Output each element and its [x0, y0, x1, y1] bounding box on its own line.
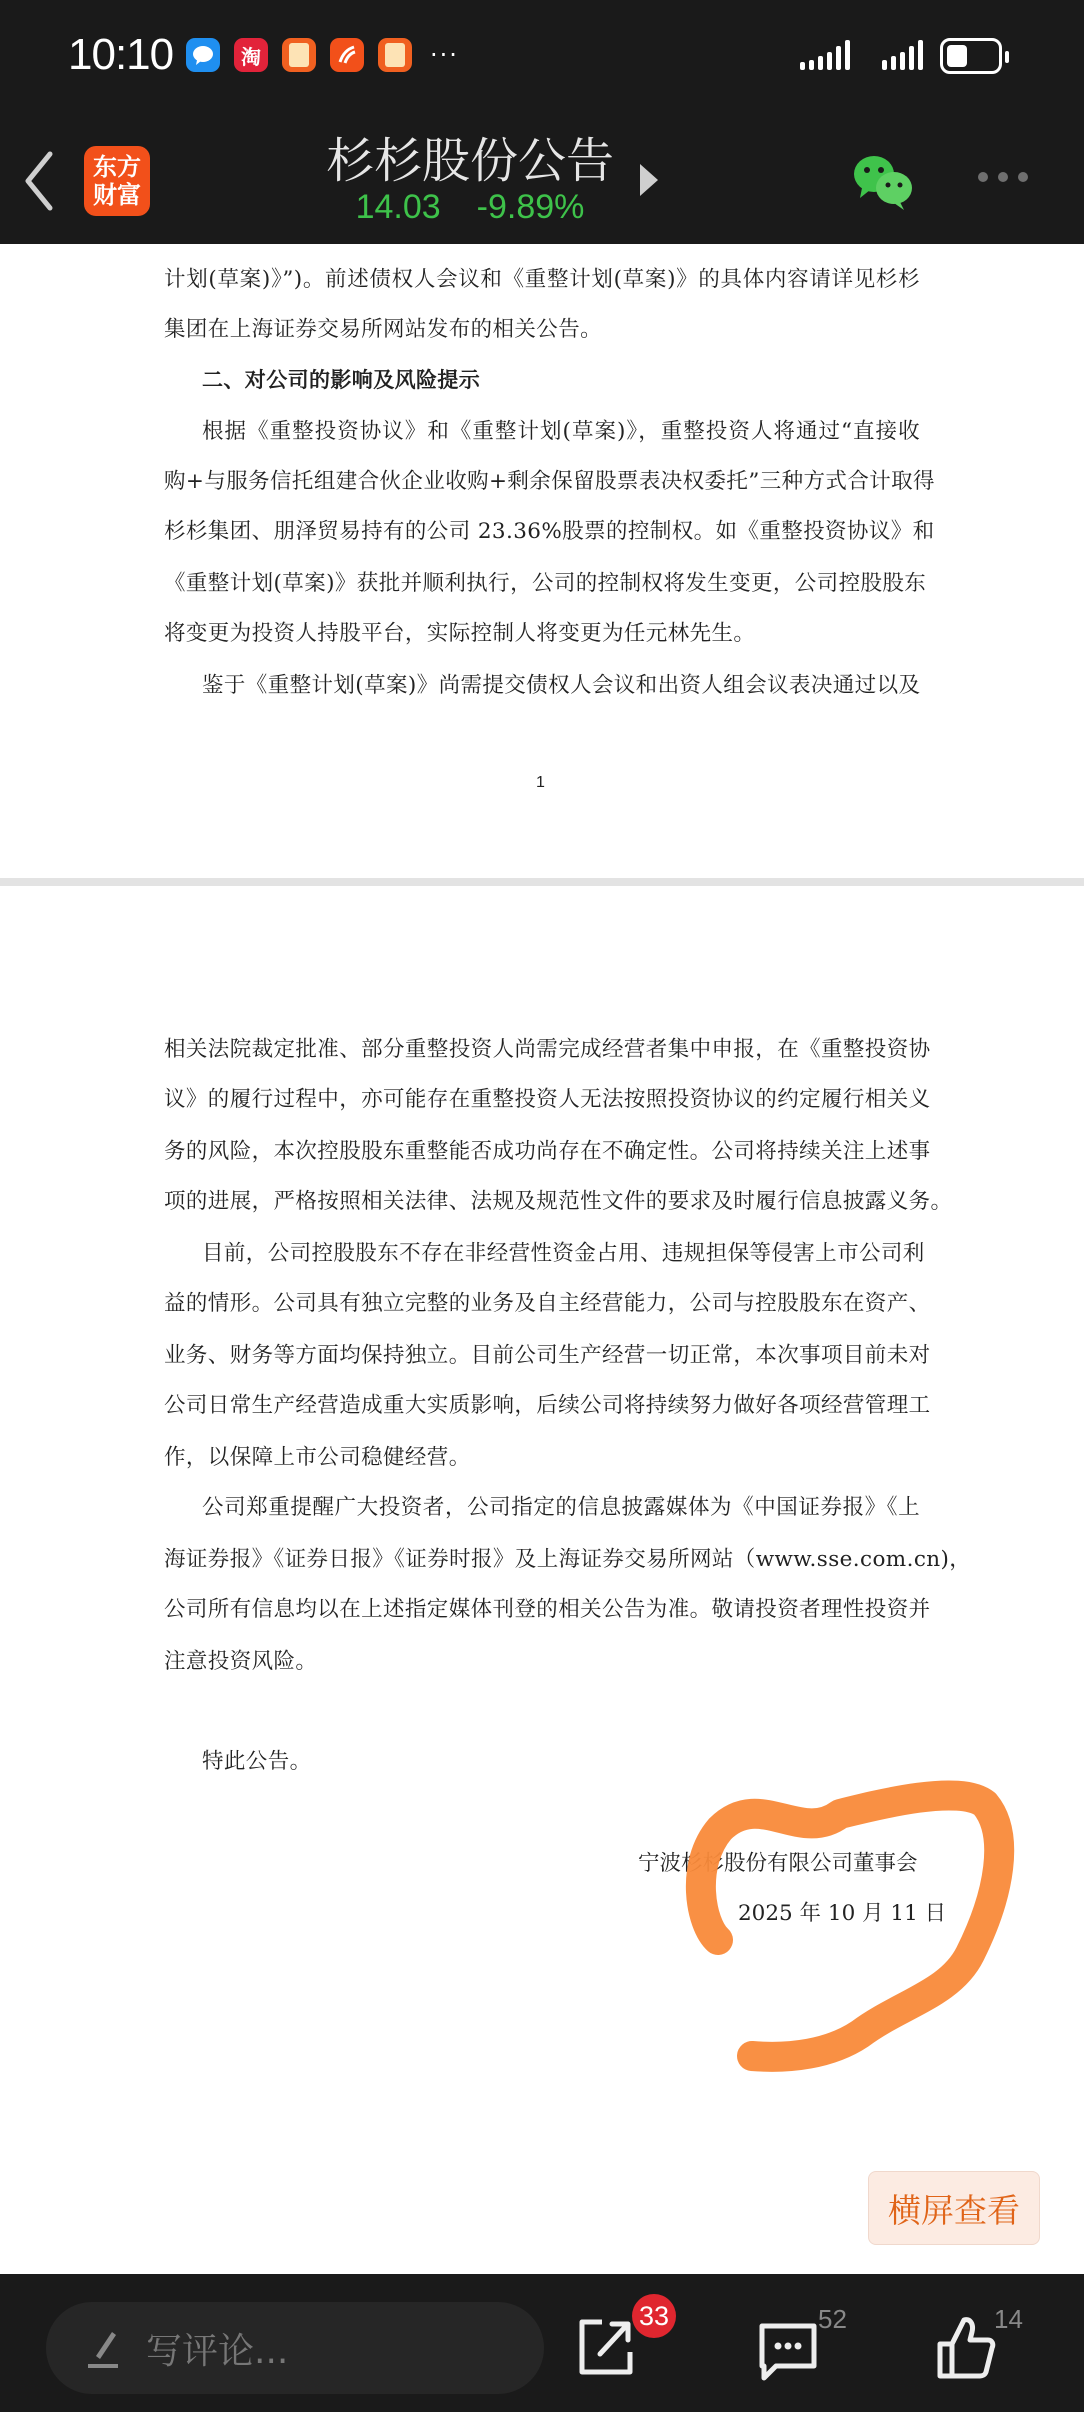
doc-line: 海证券报》《证券日报》《证券时报》及上海证券交易所网站（www.sse.com.…: [164, 1542, 920, 1573]
doc-line: 务的风险，本次控股股东重整能否成功尚存在不确定性。公司将持续关注上述事: [164, 1134, 920, 1165]
doc-line: 作，以保障上市公司稳健经营。: [164, 1440, 920, 1471]
stock-change-pct: -9.89%: [477, 188, 585, 227]
message-icon: [186, 38, 220, 72]
wechat-icon: [850, 152, 916, 212]
page-divider: [0, 878, 1084, 886]
doc-line: 业务、财务等方面均保持独立。目前公司生产经营一切正常，本次事项目前未对: [164, 1338, 920, 1369]
status-time: 10:10: [68, 30, 173, 80]
section-heading: 二、对公司的影响及风险提示: [202, 364, 958, 394]
share-count-badge: 33: [632, 2294, 676, 2338]
landscape-view-button[interactable]: 横屏查看: [868, 2171, 1040, 2245]
signature: 宁波杉杉股份有限公司董事会: [638, 1846, 918, 1877]
doc-line: 根据《重整投资协议》和《重整计划(草案)》，重整投资人将通过“直接收: [202, 414, 920, 445]
doc-line: 将变更为投资人持股平台，实际控制人将变更为任元林先生。: [164, 616, 920, 647]
pencil-icon: [86, 2326, 126, 2370]
doc-line: 目前，公司控股股东不存在非经营性资金占用、违规担保等侵害上市公司利: [202, 1236, 920, 1267]
comment-placeholder: 写评论...: [146, 2323, 288, 2374]
comments-button[interactable]: [758, 2320, 818, 2386]
back-button[interactable]: [18, 146, 68, 216]
more-options-button[interactable]: [978, 172, 1028, 182]
thumbs-up-icon: [936, 2314, 996, 2380]
page-title: 杉杉股份公告: [320, 122, 620, 191]
like-count: 14: [994, 2304, 1023, 2335]
doc-line: 公司郑重提醒广大投资者，公司指定的信息披露媒体为《中国证券报》《上: [202, 1490, 920, 1521]
cellular-signal-1-icon: [800, 40, 850, 70]
bottom-action-bar: 写评论... 33 52 14: [0, 2274, 1084, 2412]
taobao-icon: 淘: [234, 38, 268, 72]
status-bar: 10:10 淘 ···: [0, 0, 1084, 112]
doc-line: 项的进展，严格按照相关法律、法规及规范性文件的要求及时履行信息披露义务。: [164, 1184, 920, 1215]
stock-price: 14.03: [356, 188, 441, 227]
doc-line: 计划(草案)》”)。前述债权人会议和《重整计划(草案)》的具体内容请详见杉杉: [164, 262, 920, 293]
notification-icons: 淘 ···: [186, 38, 459, 72]
share-button[interactable]: [576, 2314, 636, 2382]
page-number: 1: [536, 774, 545, 792]
doc-line: 相关法院裁定批准、部分重整投资人尚需完成经营者集中申报，在《重整投资协: [164, 1032, 920, 1063]
comment-bubble-icon: [758, 2320, 818, 2382]
doc-line: 杉杉集团、朋泽贸易持有的公司 23.36%股票的控制权。如《重整投资协议》和: [164, 514, 920, 545]
eastmoney-logo[interactable]: 东方 财富: [84, 146, 150, 216]
red-packet-icon: [378, 38, 412, 72]
cellular-signal-2-icon: [882, 40, 923, 70]
doc-line: 公司所有信息均以在上述指定媒体刊登的相关公告为准。敬请投资者理性投资并: [164, 1592, 920, 1623]
app-header: 东方 财富 杉杉股份公告 14.03 -9.89%: [0, 112, 1084, 244]
doc-line: 议》的履行过程中，亦可能存在重整投资人无法按照投资协议的约定履行相关义: [164, 1082, 920, 1113]
doc-line: 益的情形。公司具有独立完整的业务及自主经营能力，公司与控股股东在资产、: [164, 1286, 920, 1317]
battery-icon: [940, 38, 1002, 74]
chevron-left-icon: [18, 146, 58, 216]
stock-quote: 14.03 -9.89%: [350, 188, 590, 227]
more-notifications-icon: ···: [430, 41, 459, 69]
wechat-share-button[interactable]: [850, 152, 916, 212]
closing-text: 特此公告。: [202, 1744, 958, 1775]
brand-logo-line1: 东方: [93, 153, 141, 181]
share-icon: [576, 2314, 636, 2378]
red-packet-icon: [282, 38, 316, 72]
like-button[interactable]: [936, 2314, 996, 2384]
announcement-document: 计划(草案)》”)。前述债权人会议和《重整计划(草案)》的具体内容请详见杉杉 集…: [0, 244, 1084, 2274]
doc-line: 注意投资风险。: [164, 1644, 920, 1675]
brand-logo-line2: 财富: [93, 181, 141, 209]
comment-count: 52: [818, 2304, 847, 2335]
announcement-date: 2025 年 10 月 11 日: [738, 1896, 946, 1927]
eastmoney-icon: [330, 38, 364, 72]
comment-input[interactable]: 写评论...: [46, 2302, 544, 2394]
doc-line: 公司日常生产经营造成重大实质影响，后续公司将持续努力做好各项经营管理工: [164, 1388, 920, 1419]
doc-line: 集团在上海证券交易所网站发布的相关公告。: [164, 312, 920, 343]
doc-line: 购+与服务信托组建合伙企业收购+剩余保留股票表决权委托”三种方式合计取得: [164, 464, 920, 495]
doc-line: 鉴于《重整计划(草案)》尚需提交债权人会议和出资人组会议表决通过以及: [202, 668, 920, 699]
next-announcement-arrow-icon[interactable]: [640, 164, 658, 196]
doc-line: 《重整计划(草案)》获批并顺利执行，公司的控制权将发生变更，公司控股股东: [164, 566, 920, 597]
